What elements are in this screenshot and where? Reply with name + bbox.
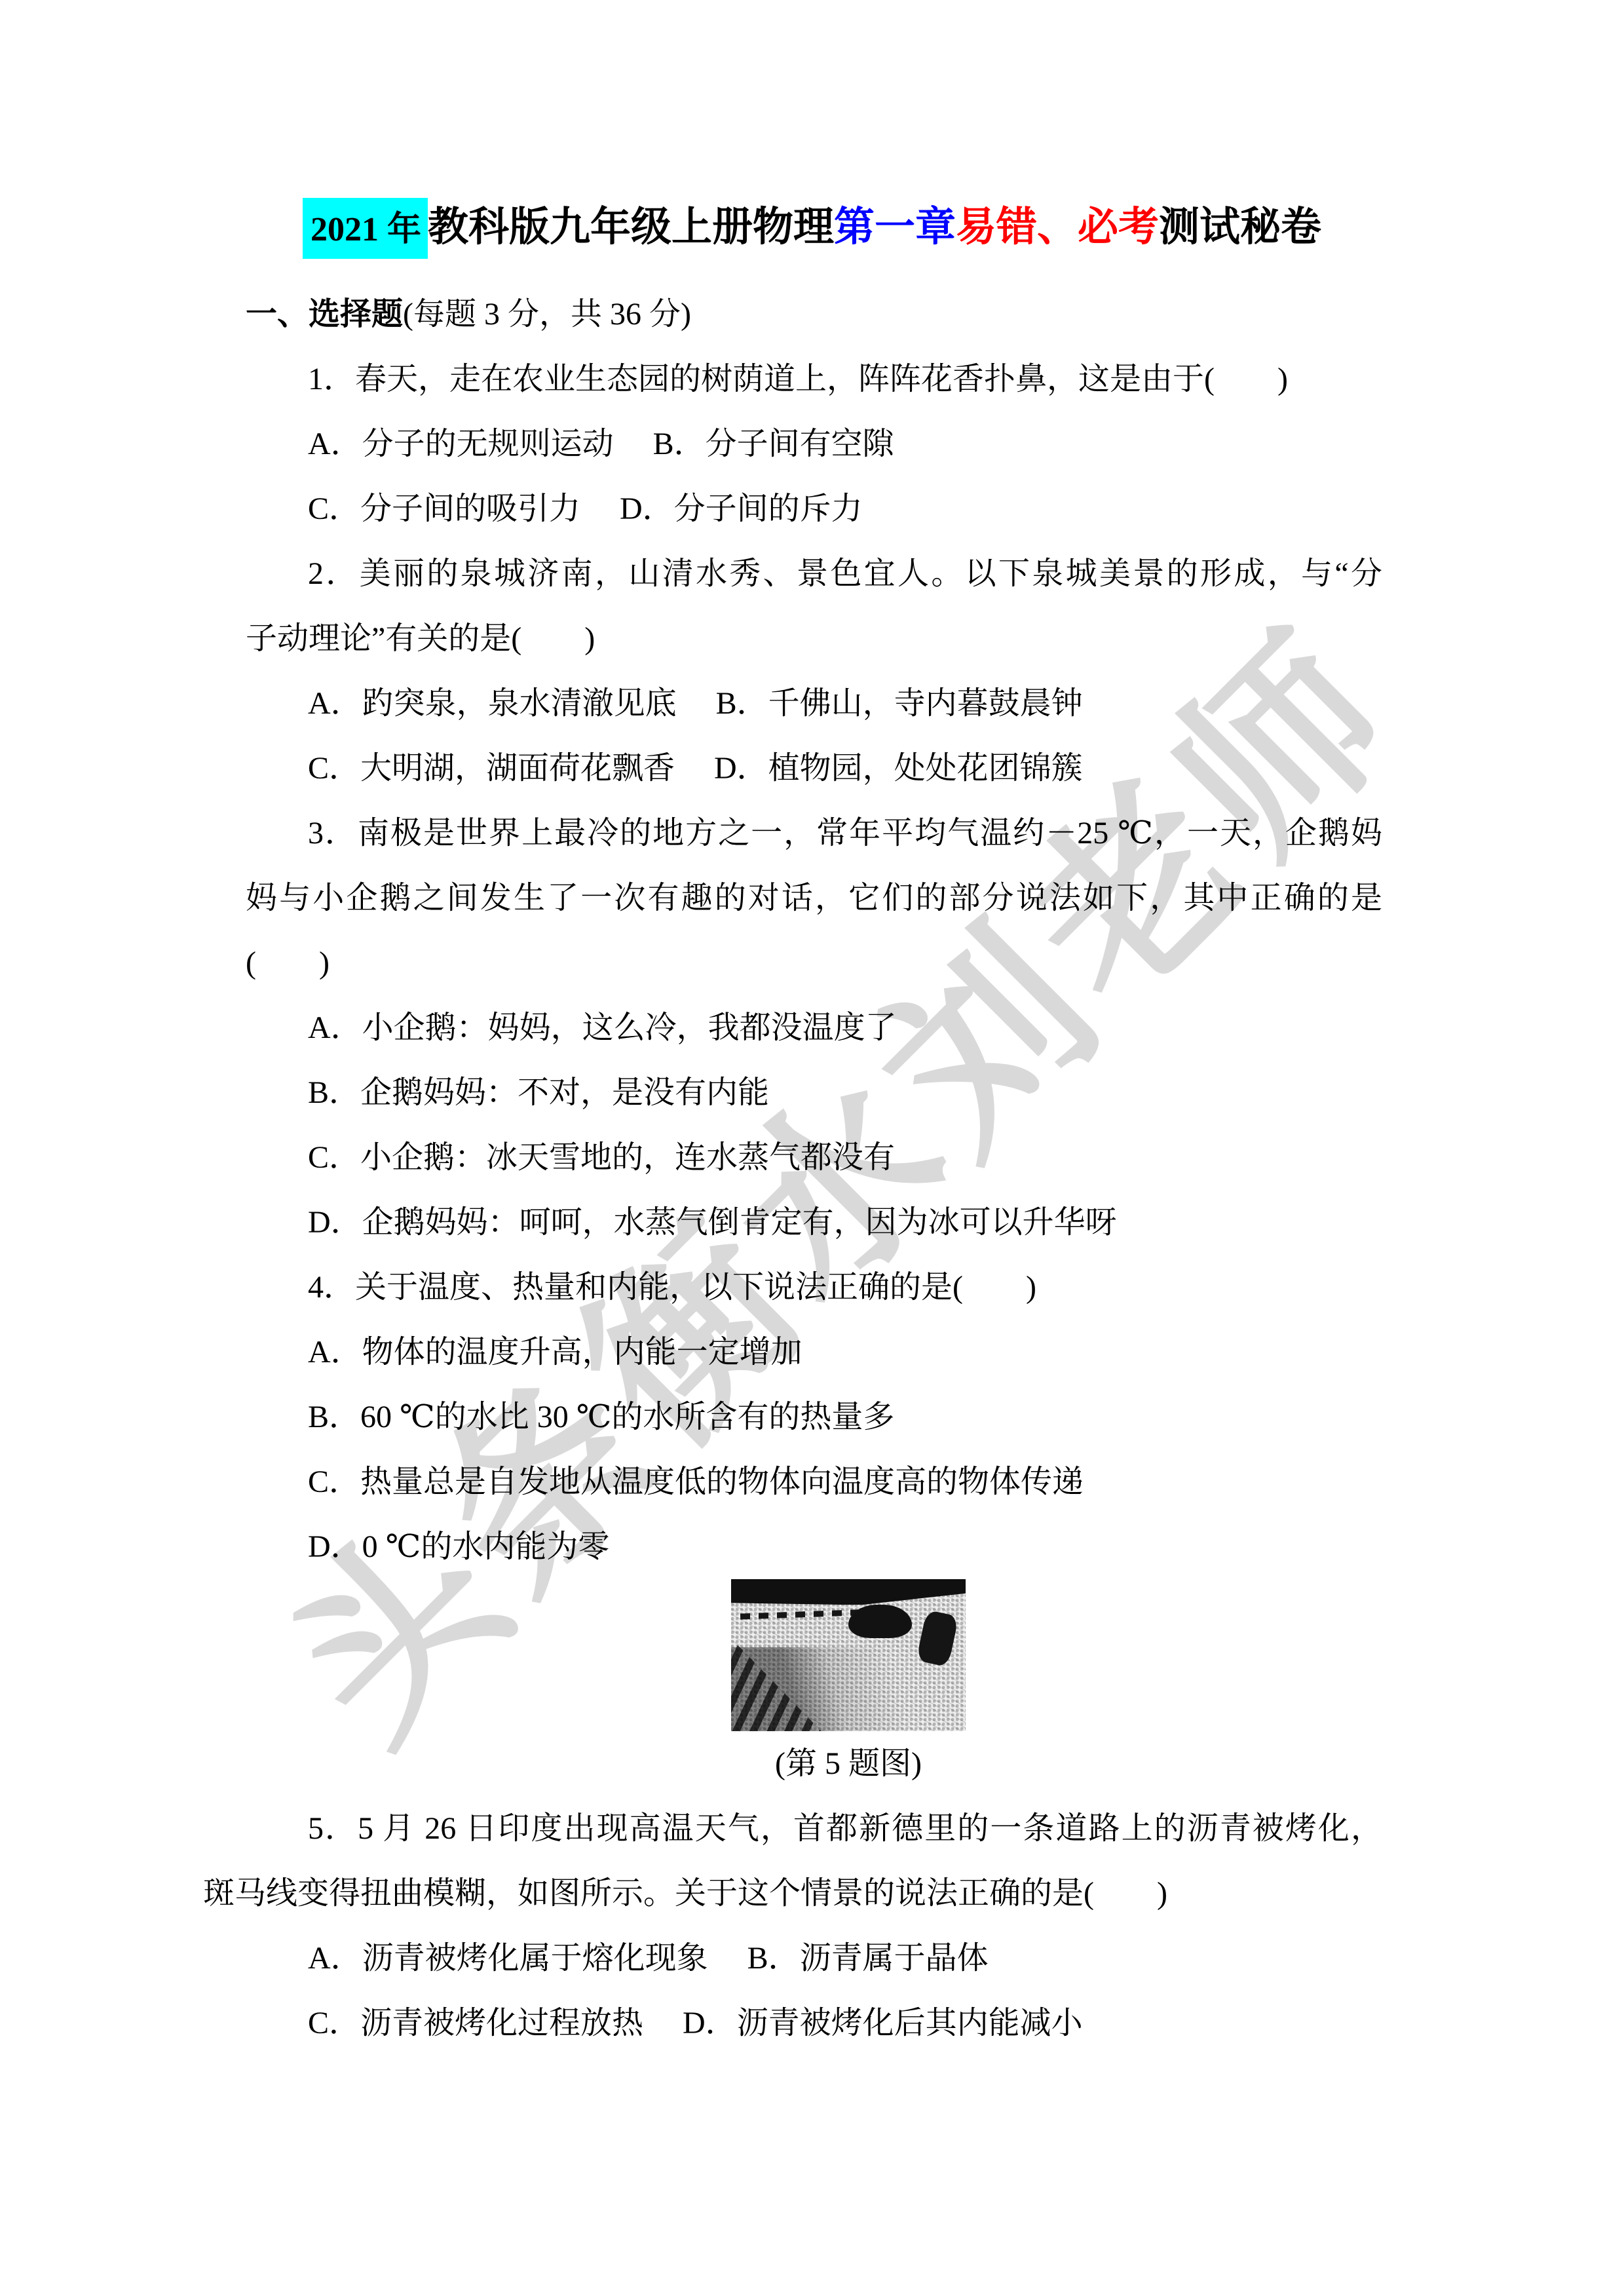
page-title: 2021 年教科版九年级上册物理第一章易错、必考测试秘卷 [0,194,1624,252]
test-paper-page: 头条衡水刘老师 2021 年教科版九年级上册物理第一章易错、必考测试秘卷 一、选… [0,0,1624,2296]
question5-line1: 5．5 月 26 日印度出现高温天气，首都新德里的一条道路上的沥青被烤化， [246,1796,1382,1861]
question3-option-a: A．小企鹅：妈妈，这么冷，我都没温度了 [246,995,1382,1060]
photo-dark-roadside [731,1579,966,1605]
question5-options-ab: A．沥青被烤化属于熔化现象 B．沥青属于晶体 [246,1926,1382,1991]
question3-line2: 妈与小企鹅之间发生了一次有趣的对话，它们的部分说法如下，其中正确的是 [246,866,1382,930]
question3-option-c: C．小企鹅：冰天雪地的，连水蒸气都没有 [246,1125,1382,1190]
question4-option-d: D．0 ℃的水内能为零 [246,1514,1382,1579]
question3-option-d: D．企鹅妈妈：呵呵，水蒸气倒肯定有，因为冰可以升华呀 [246,1190,1382,1255]
title-chapter-blue: 第一章 [834,205,956,250]
question4-line: 4．关于温度、热量和内能，以下说法正确的是( ) [246,1255,1382,1320]
section-heading-rest: (每题 3 分，共 36 分) [403,297,691,332]
question3-line3: ( ) [246,930,1382,995]
title-keywords-red: 易错、必考 [956,205,1159,250]
question2-line1: 2．美丽的泉城济南，山清水秀、景色宜人。以下泉城美景的形成，与“分 [246,541,1382,606]
question3-option-b: B．企鹅妈妈：不对，是没有内能 [246,1060,1382,1125]
title-text-black: 教科版九年级上册物理 [428,205,834,250]
question2-options-cd: C．大明湖，湖面荷花飘香 D．植物园，处处花团锦簇 [246,736,1382,801]
section-heading-bold: 一、选择题 [246,297,403,332]
photo-road-shading [731,1647,966,1731]
question1-line: 1．春天，走在农业生态园的树荫道上，阵阵花香扑鼻，这是由于( ) [246,347,1382,411]
title-year-highlight: 2021 年 [303,198,428,259]
photo-car [848,1605,912,1638]
question5-figure [731,1579,966,1731]
question1-options-cd: C．分子间的吸引力 D．分子间的斥力 [246,476,1382,541]
question5-line2: 斑马线变得扭曲模糊，如图所示。关于这个情景的说法正确的是( ) [203,1861,1382,1926]
question3-line1: 3．南极是世界上最冷的地方之一，常年平均气温约－25 ℃，一天，企鹅妈 [246,801,1382,866]
question5-road-photo [731,1579,966,1731]
question4-option-a: A．物体的温度升高，内能一定增加 [246,1320,1382,1385]
question4-option-b: B．60 ℃的水比 30 ℃的水所含有的热量多 [246,1385,1382,1449]
text-column: 一、选择题(每题 3 分，共 36 分) 1．春天，走在农业生态园的树荫道上，阵… [246,282,1382,2056]
question2-options-ab: A．趵突泉，泉水清澈见底 B．千佛山，寺内暮鼓晨钟 [246,671,1382,736]
question5-options-cd: C．沥青被烤化过程放热 D．沥青被烤化后其内能减小 [246,1991,1382,2056]
question4-option-c: C．热量总是自发地从温度低的物体向温度高的物体传递 [246,1449,1382,1514]
question1-options-ab: A．分子的无规则运动 B．分子间有空隙 [246,411,1382,476]
section-heading: 一、选择题(每题 3 分，共 36 分) [246,282,1382,347]
figure-caption: (第 5 题图) [731,1731,966,1796]
title-suffix-black: 测试秘卷 [1159,205,1321,250]
question2-line2: 子动理论”有关的是( ) [246,606,1382,671]
